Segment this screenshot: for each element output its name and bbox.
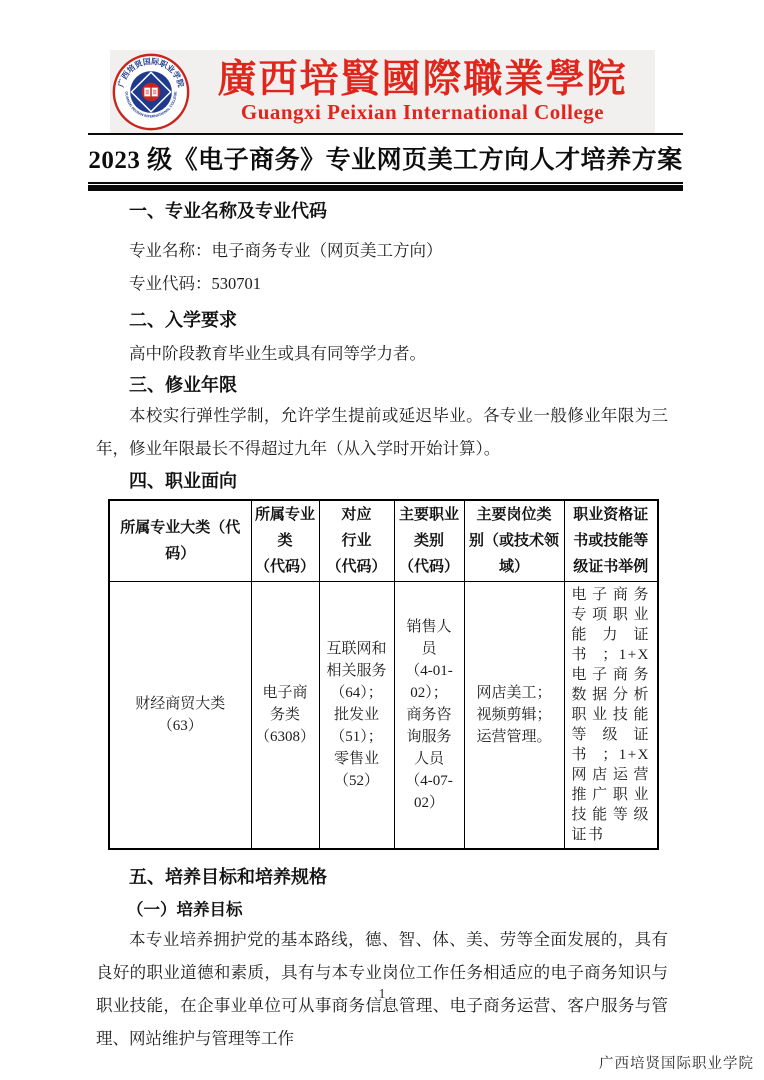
section-1-heading: 一、专业名称及专业代码 bbox=[96, 200, 668, 222]
cell-post-type: 网店美工； 视频剪辑； 运营管理。 bbox=[464, 582, 564, 850]
table-row: 财经商贸大类 （63） 电子商 务类 （6308） 互联网和 相关服务 （64）… bbox=[109, 582, 658, 850]
col-header-major-category: 所属专业大类（代码） bbox=[109, 500, 251, 582]
college-header-banner: 广西培贤国际职业学院 GUANGXI PEIXIAN INTERNATIONAL… bbox=[110, 50, 655, 133]
col-header-certificates: 职业资格证 书或技能等 级证书举例 bbox=[564, 500, 658, 582]
section-2-body: 高中阶段教育毕业生或具有同等学力者。 bbox=[96, 337, 668, 370]
table-header-row: 所属专业大类（代码） 所属专业 类 （代码） 对应 行业 （代码） 主要职业 类… bbox=[109, 500, 658, 582]
col-header-post-type: 主要岗位类 别（或技术领 域） bbox=[464, 500, 564, 582]
career-orientation-table: 所属专业大类（代码） 所属专业 类 （代码） 对应 行业 （代码） 主要职业 类… bbox=[108, 499, 659, 850]
college-seal-icon: 广西培贤国际职业学院 GUANGXI PEIXIAN INTERNATIONAL… bbox=[112, 53, 190, 131]
college-name-en: Guangxi Peixian International College bbox=[190, 101, 655, 124]
page-number: 1 bbox=[0, 987, 764, 1003]
cell-certificates: 电子商务专项职业能力证书；1+X电子商务数据分析职业技能等级证书；1+X网店运营… bbox=[564, 582, 658, 850]
document-body: 一、专业名称及专业代码 专业名称：电子商务专业（网页美工方向） 专业代码：530… bbox=[96, 186, 668, 1055]
section-4-heading: 四、职业面向 bbox=[96, 470, 668, 492]
section-2-heading: 二、入学要求 bbox=[96, 309, 668, 331]
document-page: { "colors":{"brand_red":"#e0261c","seal_… bbox=[0, 0, 764, 1080]
major-name-line: 专业名称：电子商务专业（网页美工方向） bbox=[96, 234, 668, 267]
section-5-sub-heading: （一）培养目标 bbox=[96, 899, 668, 920]
section-3-heading: 三、修业年限 bbox=[96, 374, 668, 396]
college-names: 廣西培賢國際職業學院 Guangxi Peixian International… bbox=[190, 58, 655, 124]
cell-industry: 互联网和 相关服务 （64）； 批发业 （51）； 零售业 （52） bbox=[319, 582, 394, 850]
col-header-occupation: 主要职业 类别 （代码） bbox=[394, 500, 464, 582]
document-title: 2023 级《电子商务》专业网页美工方向人才培养方案 bbox=[88, 140, 683, 176]
major-code-line: 专业代码：530701 bbox=[96, 267, 668, 300]
cell-major-category: 财经商贸大类 （63） bbox=[109, 582, 251, 850]
corner-watermark: 广西培贤国际职业学院 bbox=[599, 1052, 754, 1073]
col-header-major-class: 所属专业 类 （代码） bbox=[251, 500, 319, 582]
col-header-industry: 对应 行业 （代码） bbox=[319, 500, 394, 582]
cell-major-class: 电子商 务类 （6308） bbox=[251, 582, 319, 850]
major-info: 专业名称：电子商务专业（网页美工方向） 专业代码：530701 bbox=[96, 234, 668, 300]
document-title-bar: 2023 级《电子商务》专业网页美工方向人才培养方案 bbox=[88, 133, 683, 184]
cell-occupation: 销售人 员 （4-01- 02）； 商务咨 询服务 人员 （4-07- 02） bbox=[394, 582, 464, 850]
section-3-body: 本校实行弹性学制，允许学生提前或延迟毕业。各专业一般修业年限为三年，修业年限最长… bbox=[96, 399, 668, 465]
college-name-zh: 廣西培賢國際職業學院 bbox=[190, 58, 655, 101]
section-5-heading: 五、培养目标和培养规格 bbox=[96, 866, 668, 888]
book-icon bbox=[142, 82, 161, 101]
